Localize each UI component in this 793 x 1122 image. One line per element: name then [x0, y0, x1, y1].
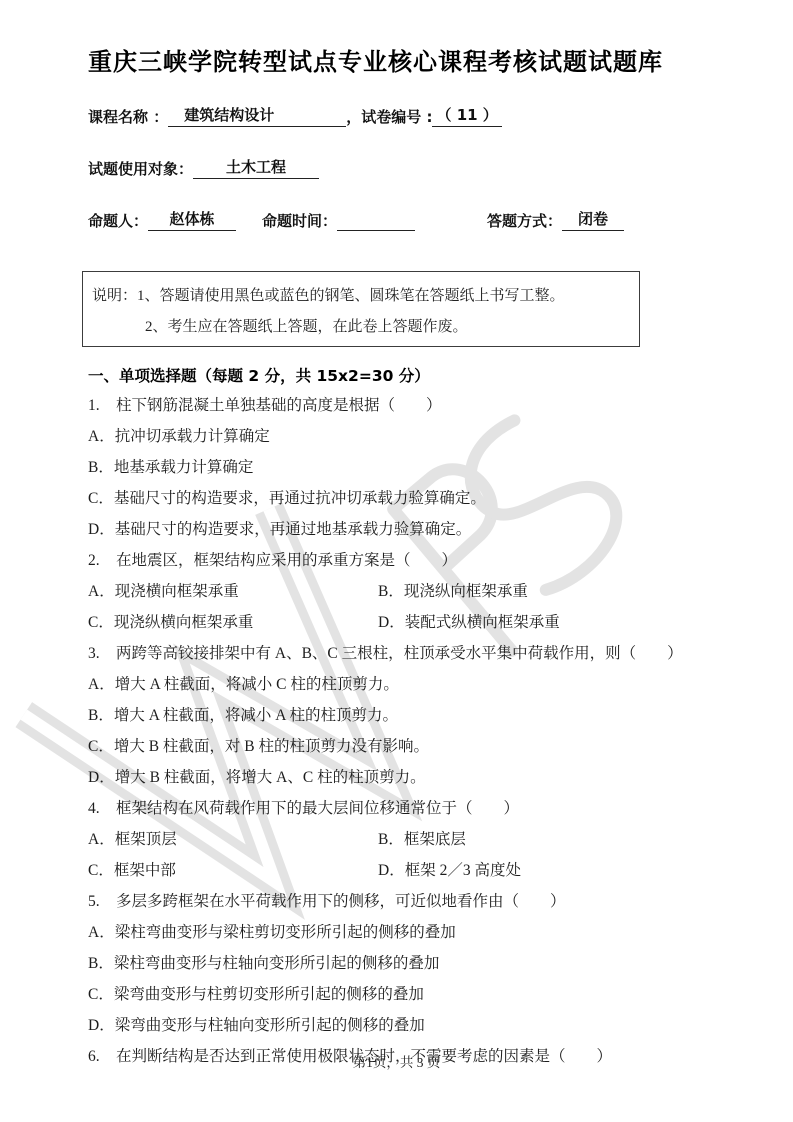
option-c: C．基础尺寸的构造要求，再通过抗冲切承载力验算确定。 — [88, 488, 735, 509]
question-text: 柱下钢筋混凝土单独基础的高度是根据（ ） — [116, 397, 442, 414]
author-label: 命题人： — [88, 212, 148, 230]
option-b: B．现浇纵向框架承重 — [378, 581, 528, 602]
question-text: 框架结构在风荷载作用下的最大层间位移通常位于（ ） — [116, 800, 519, 817]
option-d: D．框架 2／3 高度处 — [378, 860, 521, 881]
option-c: C．现浇纵横向框架承重 — [88, 612, 378, 633]
option-a: A．增大 A 柱截面，将减小 C 柱的柱顶剪力。 — [88, 674, 735, 695]
question-number: 2. — [88, 550, 116, 571]
page-footer: 第1页，共 3 页 — [0, 1051, 793, 1071]
time-label: 命题时间： — [262, 212, 337, 230]
paper-no-value-field: （ 11 ） — [432, 105, 501, 127]
option-b: B．框架底层 — [378, 829, 466, 850]
audience-label: 试题使用对象： — [88, 160, 193, 178]
question-text: 两跨等高铰接排架中有 A、B、C 三根柱，柱顶承受水平集中荷载作用，则（ ） — [116, 645, 683, 662]
option-c: C．梁弯曲变形与柱剪切变形所引起的侧移的叠加 — [88, 984, 735, 1005]
option-d: D．装配式纵横向框架承重 — [378, 612, 560, 633]
time-value-field — [337, 210, 415, 231]
option-d: D．基础尺寸的构造要求，再通过地基承载力验算确定。 — [88, 519, 735, 540]
question-list: 1.柱下钢筋混凝土单独基础的高度是根据（ ） A．抗冲切承载力计算确定 B．地基… — [88, 395, 735, 1067]
option-c: C．增大 B 柱截面，对 B 柱的柱顶剪力没有影响。 — [88, 736, 735, 757]
option-a: A．抗冲切承载力计算确定 — [88, 426, 735, 447]
option-a: A．现浇横向框架承重 — [88, 581, 378, 602]
question-number: 5. — [88, 891, 116, 912]
question-5: 5.多层多跨框架在水平荷载作用下的侧移，可近似地看作由（ ） A．梁柱弯曲变形与… — [88, 891, 735, 1036]
notice-line-1: 说明：1、答题请使用黑色或蓝色的钢笔、圆珠笔在答题纸上书写工整。 — [92, 284, 631, 305]
audience-value-field: 土木工程 — [193, 157, 319, 179]
question-number: 3. — [88, 643, 116, 664]
notice-box: 说明：1、答题请使用黑色或蓝色的钢笔、圆珠笔在答题纸上书写工整。 2、考生应在答… — [82, 271, 640, 347]
question-line: 2.在地震区，框架结构应采用的承重方案是（ ） — [88, 550, 735, 571]
option-a: A．框架顶层 — [88, 829, 378, 850]
option-row: A．框架顶层 B．框架底层 — [88, 829, 735, 850]
author-row: 命题人：赵体栋命题时间：答题方式：闭卷 — [88, 209, 735, 231]
mode-value-field: 闭卷 — [562, 209, 624, 231]
question-number: 4. — [88, 798, 116, 819]
option-row: C．框架中部 D．框架 2／3 高度处 — [88, 860, 735, 881]
page-title: 重庆三峡学院转型试点专业核心课程考核试题试题库 — [88, 42, 735, 77]
course-label: 课程名称 ： — [88, 108, 168, 126]
option-b: B．梁柱弯曲变形与柱轴向变形所引起的侧移的叠加 — [88, 953, 735, 974]
course-row: 课程名称 ：建筑结构设计，试卷编号 :（ 11 ） — [88, 105, 735, 127]
author-value-field: 赵体栋 — [148, 209, 236, 231]
audience-row: 试题使用对象：土木工程 — [88, 157, 735, 179]
paper-no-label: ，试卷编号 : — [346, 108, 432, 126]
question-1: 1.柱下钢筋混凝土单独基础的高度是根据（ ） A．抗冲切承载力计算确定 B．地基… — [88, 395, 735, 540]
option-b: B．地基承载力计算确定 — [88, 457, 735, 478]
mode-label: 答题方式： — [487, 212, 562, 230]
question-4: 4.框架结构在风荷载作用下的最大层间位移通常位于（ ） A．框架顶层 B．框架底… — [88, 798, 735, 881]
page-content: 重庆三峡学院转型试点专业核心课程考核试题试题库 课程名称 ：建筑结构设计，试卷编… — [0, 0, 793, 1067]
question-line: 1.柱下钢筋混凝土单独基础的高度是根据（ ） — [88, 395, 735, 416]
question-3: 3.两跨等高铰接排架中有 A、B、C 三根柱，柱顶承受水平集中荷载作用，则（ ）… — [88, 643, 735, 788]
question-text: 在地震区，框架结构应采用的承重方案是（ ） — [116, 552, 457, 569]
question-text: 多层多跨框架在水平荷载作用下的侧移，可近似地看作由（ ） — [116, 893, 566, 910]
option-d: D．增大 B 柱截面，将增大 A、C 柱的柱顶剪力。 — [88, 767, 735, 788]
option-row: A．现浇横向框架承重 B．现浇纵向框架承重 — [88, 581, 735, 602]
option-d: D．梁弯曲变形与柱轴向变形所引起的侧移的叠加 — [88, 1015, 735, 1036]
option-b: B．增大 A 柱截面，将减小 A 柱的柱顶剪力。 — [88, 705, 735, 726]
notice-line-2: 2、考生应在答题纸上答题，在此卷上答题作废。 — [145, 315, 631, 336]
question-2: 2.在地震区，框架结构应采用的承重方案是（ ） A．现浇横向框架承重 B．现浇纵… — [88, 550, 735, 633]
question-line: 4.框架结构在风荷载作用下的最大层间位移通常位于（ ） — [88, 798, 735, 819]
exam-document-page: 重庆三峡学院转型试点专业核心课程考核试题试题库 课程名称 ：建筑结构设计，试卷编… — [0, 0, 793, 1122]
option-c: C．框架中部 — [88, 860, 378, 881]
section-heading: 一、单项选择题（每题 2 分，共 15x2=30 分） — [88, 364, 735, 386]
option-a: A．梁柱弯曲变形与梁柱剪切变形所引起的侧移的叠加 — [88, 922, 735, 943]
option-row: C．现浇纵横向框架承重 D．装配式纵横向框架承重 — [88, 612, 735, 633]
question-line: 5.多层多跨框架在水平荷载作用下的侧移，可近似地看作由（ ） — [88, 891, 735, 912]
course-value-field: 建筑结构设计 — [168, 105, 346, 127]
question-number: 1. — [88, 395, 116, 416]
question-line: 3.两跨等高铰接排架中有 A、B、C 三根柱，柱顶承受水平集中荷载作用，则（ ） — [88, 643, 735, 664]
